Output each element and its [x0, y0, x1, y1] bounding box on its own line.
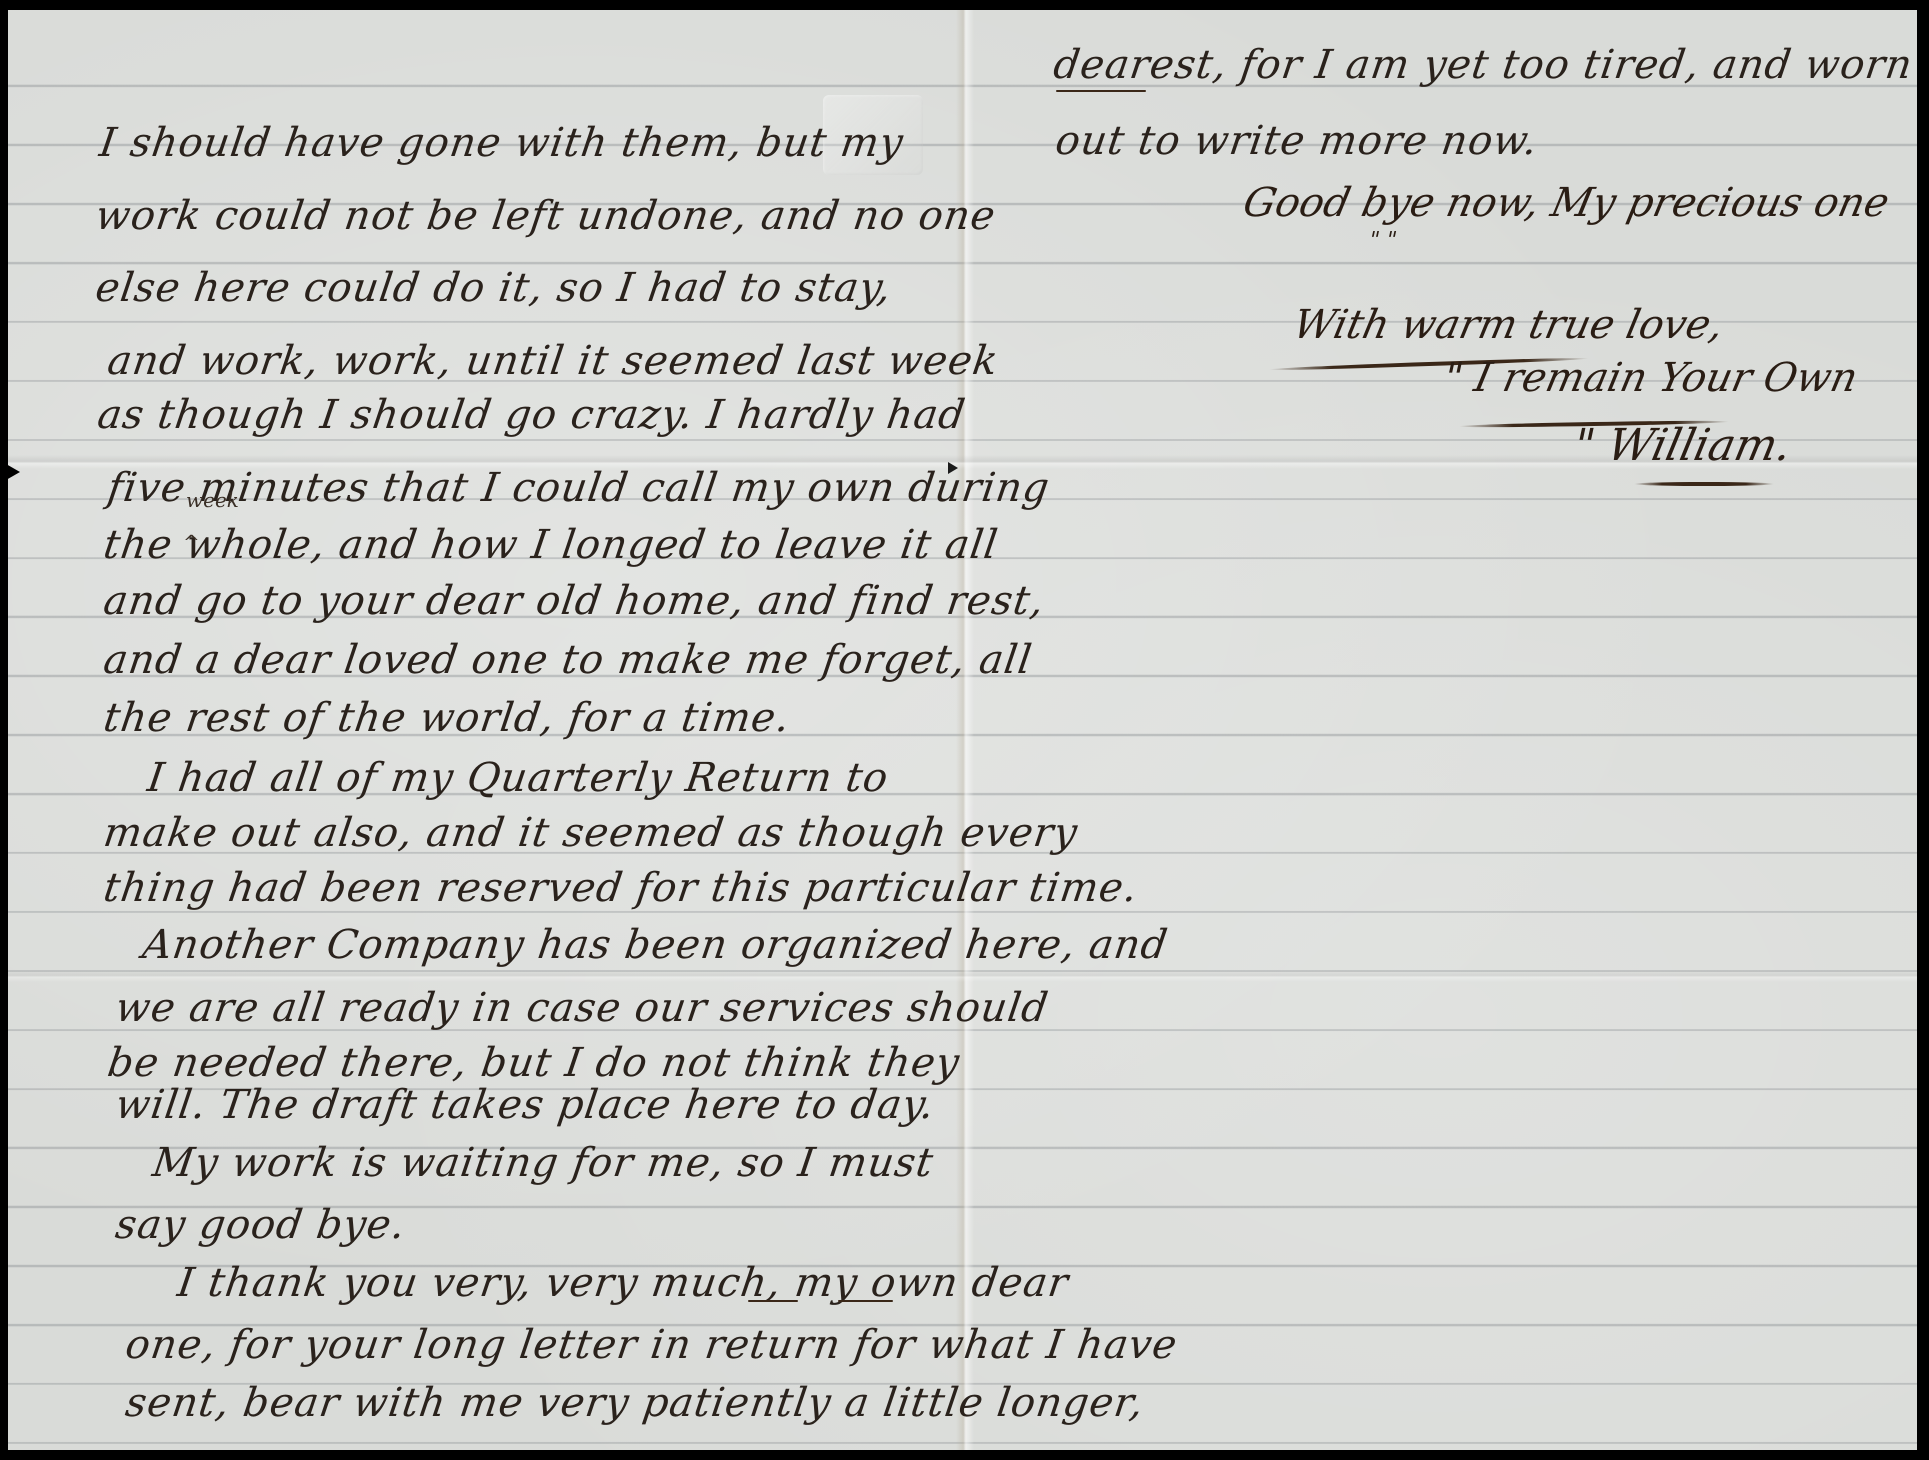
- text-line: say good bye.: [113, 1202, 409, 1248]
- text-line: we are all ready in case our services sh…: [113, 985, 1052, 1031]
- text-line: and a dear loved one to make me forget, …: [101, 637, 1035, 683]
- text-line: I had all of my Quarterly Return to: [145, 755, 892, 801]
- letter-sheet: I should have gone with them, but my wor…: [8, 10, 1917, 1450]
- inserted-word: week: [186, 488, 239, 512]
- text-line: will. The draft takes place here to day.: [113, 1082, 938, 1128]
- text-line: My work is waiting for me, so I must: [150, 1140, 937, 1186]
- text-line: I should have gone with them, but my: [97, 120, 907, 166]
- signature-flourish: [1634, 482, 1774, 486]
- text-line: work could not be left undone, and no on…: [93, 193, 999, 239]
- underline-mark: [748, 1300, 798, 1302]
- underline-mark: [1056, 90, 1146, 92]
- text-line: make out also, and it seemed as though e…: [101, 810, 1081, 856]
- signature: " William.: [1569, 420, 1797, 471]
- right-page: dearest, for I am yet too tired, and wor…: [974, 10, 1917, 1450]
- text-line: and go to your dear old home, and find r…: [101, 578, 1048, 624]
- remain-line: " I remain Your Own: [1439, 355, 1862, 401]
- farewell-line: Good bye now, My precious one: [1239, 180, 1893, 226]
- left-page: I should have gone with them, but my wor…: [8, 10, 956, 1450]
- text-line: I thank you very, very much, my own dear: [175, 1260, 1072, 1306]
- text-line: five minutes that I could call my own du…: [105, 465, 1053, 511]
- text-line: be needed there, but I do not think they: [105, 1040, 963, 1086]
- text-line: out to write more now.: [1053, 118, 1541, 164]
- underline-mark: [838, 1300, 893, 1302]
- text-line: dearest, for I am yet too tired, and wor…: [1051, 42, 1916, 88]
- text-line: as though I should go crazy. I hardly ha…: [95, 392, 969, 438]
- ditto-marks: " ": [1366, 228, 1399, 253]
- text-line: the whole, and how I longed to leave it …: [101, 522, 1001, 568]
- text-line: else here could do it, so I had to stay,: [93, 265, 895, 311]
- text-line: and work, work, until it seemed last wee…: [105, 338, 1002, 384]
- valediction: With warm true love,: [1289, 302, 1728, 348]
- text-line: the rest of the world, for a time.: [101, 695, 793, 741]
- insertion-caret: ^: [183, 530, 200, 554]
